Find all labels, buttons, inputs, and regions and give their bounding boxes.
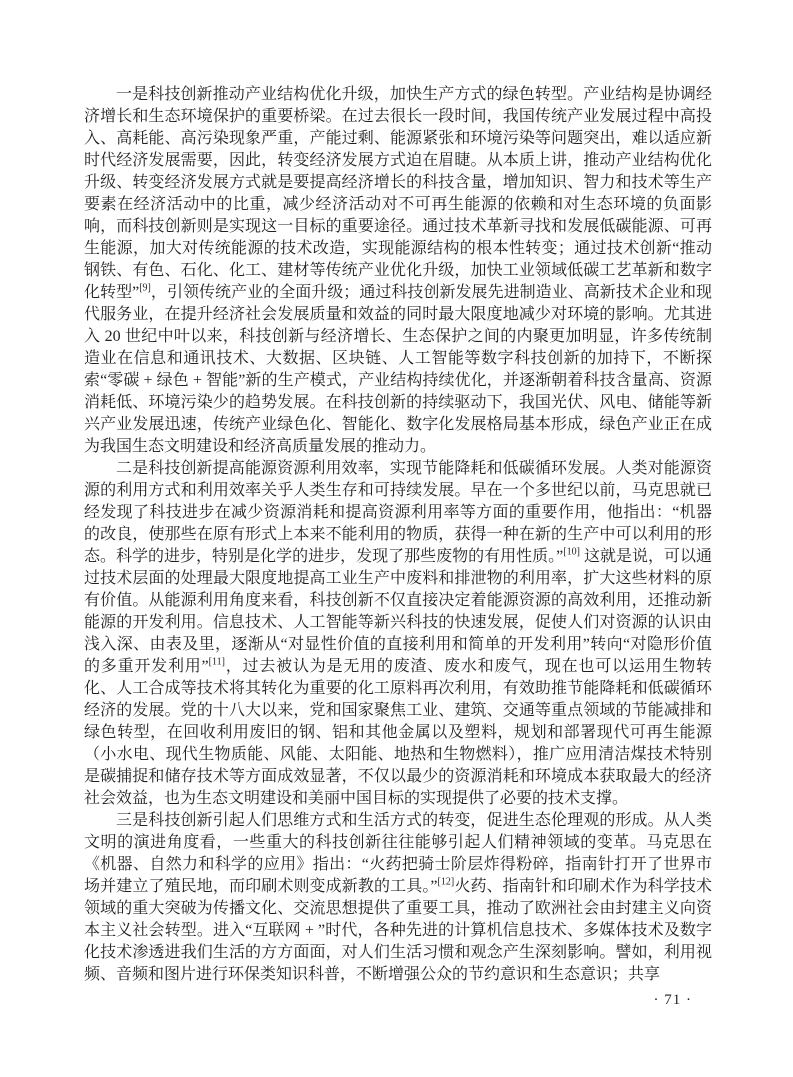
article-body: 一是科技创新推动产业结构优化升级，加快生产方式的绿色转型。产业结构是协调经济增长… [84,84,712,986]
document-page: 一是科技创新推动产业结构优化升级，加快生产方式的绿色转型。产业结构是协调经济增长… [0,0,793,1077]
text-run: 一是科技创新推动产业结构优化升级，加快生产方式的绿色转型。产业结构是协调经济增长… [84,86,712,301]
paragraph-1: 一是科技创新推动产业结构优化升级，加快生产方式的绿色转型。产业结构是协调经济增长… [84,84,712,458]
paragraph-2: 二是科技创新提高能源资源利用效率，实现节能降耗和低碳循环发展。人类对能源资源的利… [84,458,712,810]
citation-marker: [10] [563,547,580,558]
citation-marker: [12] [438,877,455,888]
text-run: ，引领传统产业的全面升级；通过科技创新发展先进制造业、高新技术企业和现代服务业，… [84,284,712,455]
text-run: ，过去被认为是无用的废渣、废水和废气，现在也可以运用生物转化、人工合成等技术将其… [84,658,712,807]
text-run: 这就是说，可以通过技术层面的处理最大限度地提高工业生产中废料和排泄物的利用率，扩… [84,548,712,675]
citation-marker: [11] [209,657,225,668]
paragraph-3: 三是科技创新引起人们思维方式和生活方式的转变，促进生态伦理观的形成。从人类文明的… [84,810,712,986]
page-number: · 71 · [654,990,693,1010]
citation-marker: [9] [139,283,151,294]
